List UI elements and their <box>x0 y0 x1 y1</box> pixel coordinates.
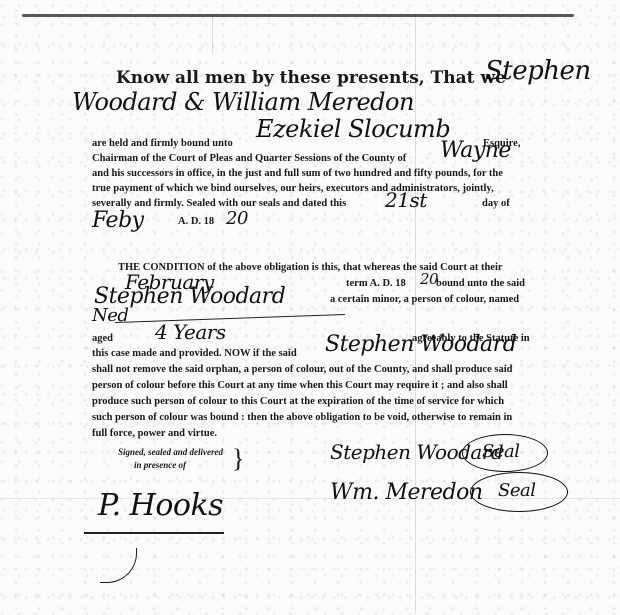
text-line: person of colour before this Court at an… <box>92 380 508 391</box>
seal-label: Seal <box>498 480 535 501</box>
text-line: true payment of which we bind ourselves,… <box>92 183 494 194</box>
document-title: Know all men by these presents, That we <box>116 68 506 88</box>
obligor-name-2: Woodard & William Meredon <box>72 88 414 116</box>
obligor-name-1: Stephen <box>485 56 591 86</box>
text-line: day of <box>482 198 510 209</box>
text-line: aged <box>92 333 113 344</box>
fold-line <box>212 14 213 54</box>
pen-stroke <box>115 314 345 323</box>
text-line: such person of colour was bound : then t… <box>92 412 512 423</box>
seal-label: Seal <box>482 441 519 462</box>
witness-label: Signed, sealed and delivered <box>118 447 223 457</box>
signature-william-meredon: Wm. Meredon <box>330 480 483 505</box>
day-number: 21st <box>385 188 427 212</box>
scanned-document: Know all men by these presents, That we … <box>0 0 620 615</box>
minor-name: Ned <box>92 305 128 326</box>
brace: } <box>232 444 244 474</box>
county-name: Wayne <box>440 138 511 163</box>
month-name: Feby <box>92 208 144 233</box>
year-number: 20 <box>226 208 248 229</box>
text-line: A. D. 18 <box>178 216 214 227</box>
obligee-name: Ezekiel Slocumb <box>256 115 450 143</box>
text-line: shall not remove the said orphan, a pers… <box>92 364 512 375</box>
text-line: a certain minor, a person of colour, nam… <box>330 294 519 305</box>
text-line: are held and firmly bound unto <box>92 138 233 149</box>
text-line: and his successors in office, in the jus… <box>92 168 503 179</box>
text-line: this case made and provided. NOW if the … <box>92 348 297 359</box>
witness-label: in presence of <box>134 460 186 470</box>
witness-signature: P. Hooks <box>98 488 223 523</box>
page-top-edge <box>22 14 574 17</box>
pen-stroke <box>84 532 224 534</box>
text-line: produce such person of colour to this Co… <box>92 396 504 407</box>
text-line: bound unto the said <box>436 278 525 289</box>
text-line: full force, power and virtue. <box>92 428 217 439</box>
text-line: term A. D. 18 <box>346 278 406 289</box>
minor-age: 4 Years <box>155 320 226 344</box>
text-line: Chairman of the Court of Pleas and Quart… <box>92 153 406 164</box>
master-name-again: Stephen Woodard <box>325 332 516 357</box>
pen-flourish <box>100 548 137 583</box>
fold-line <box>415 14 416 614</box>
